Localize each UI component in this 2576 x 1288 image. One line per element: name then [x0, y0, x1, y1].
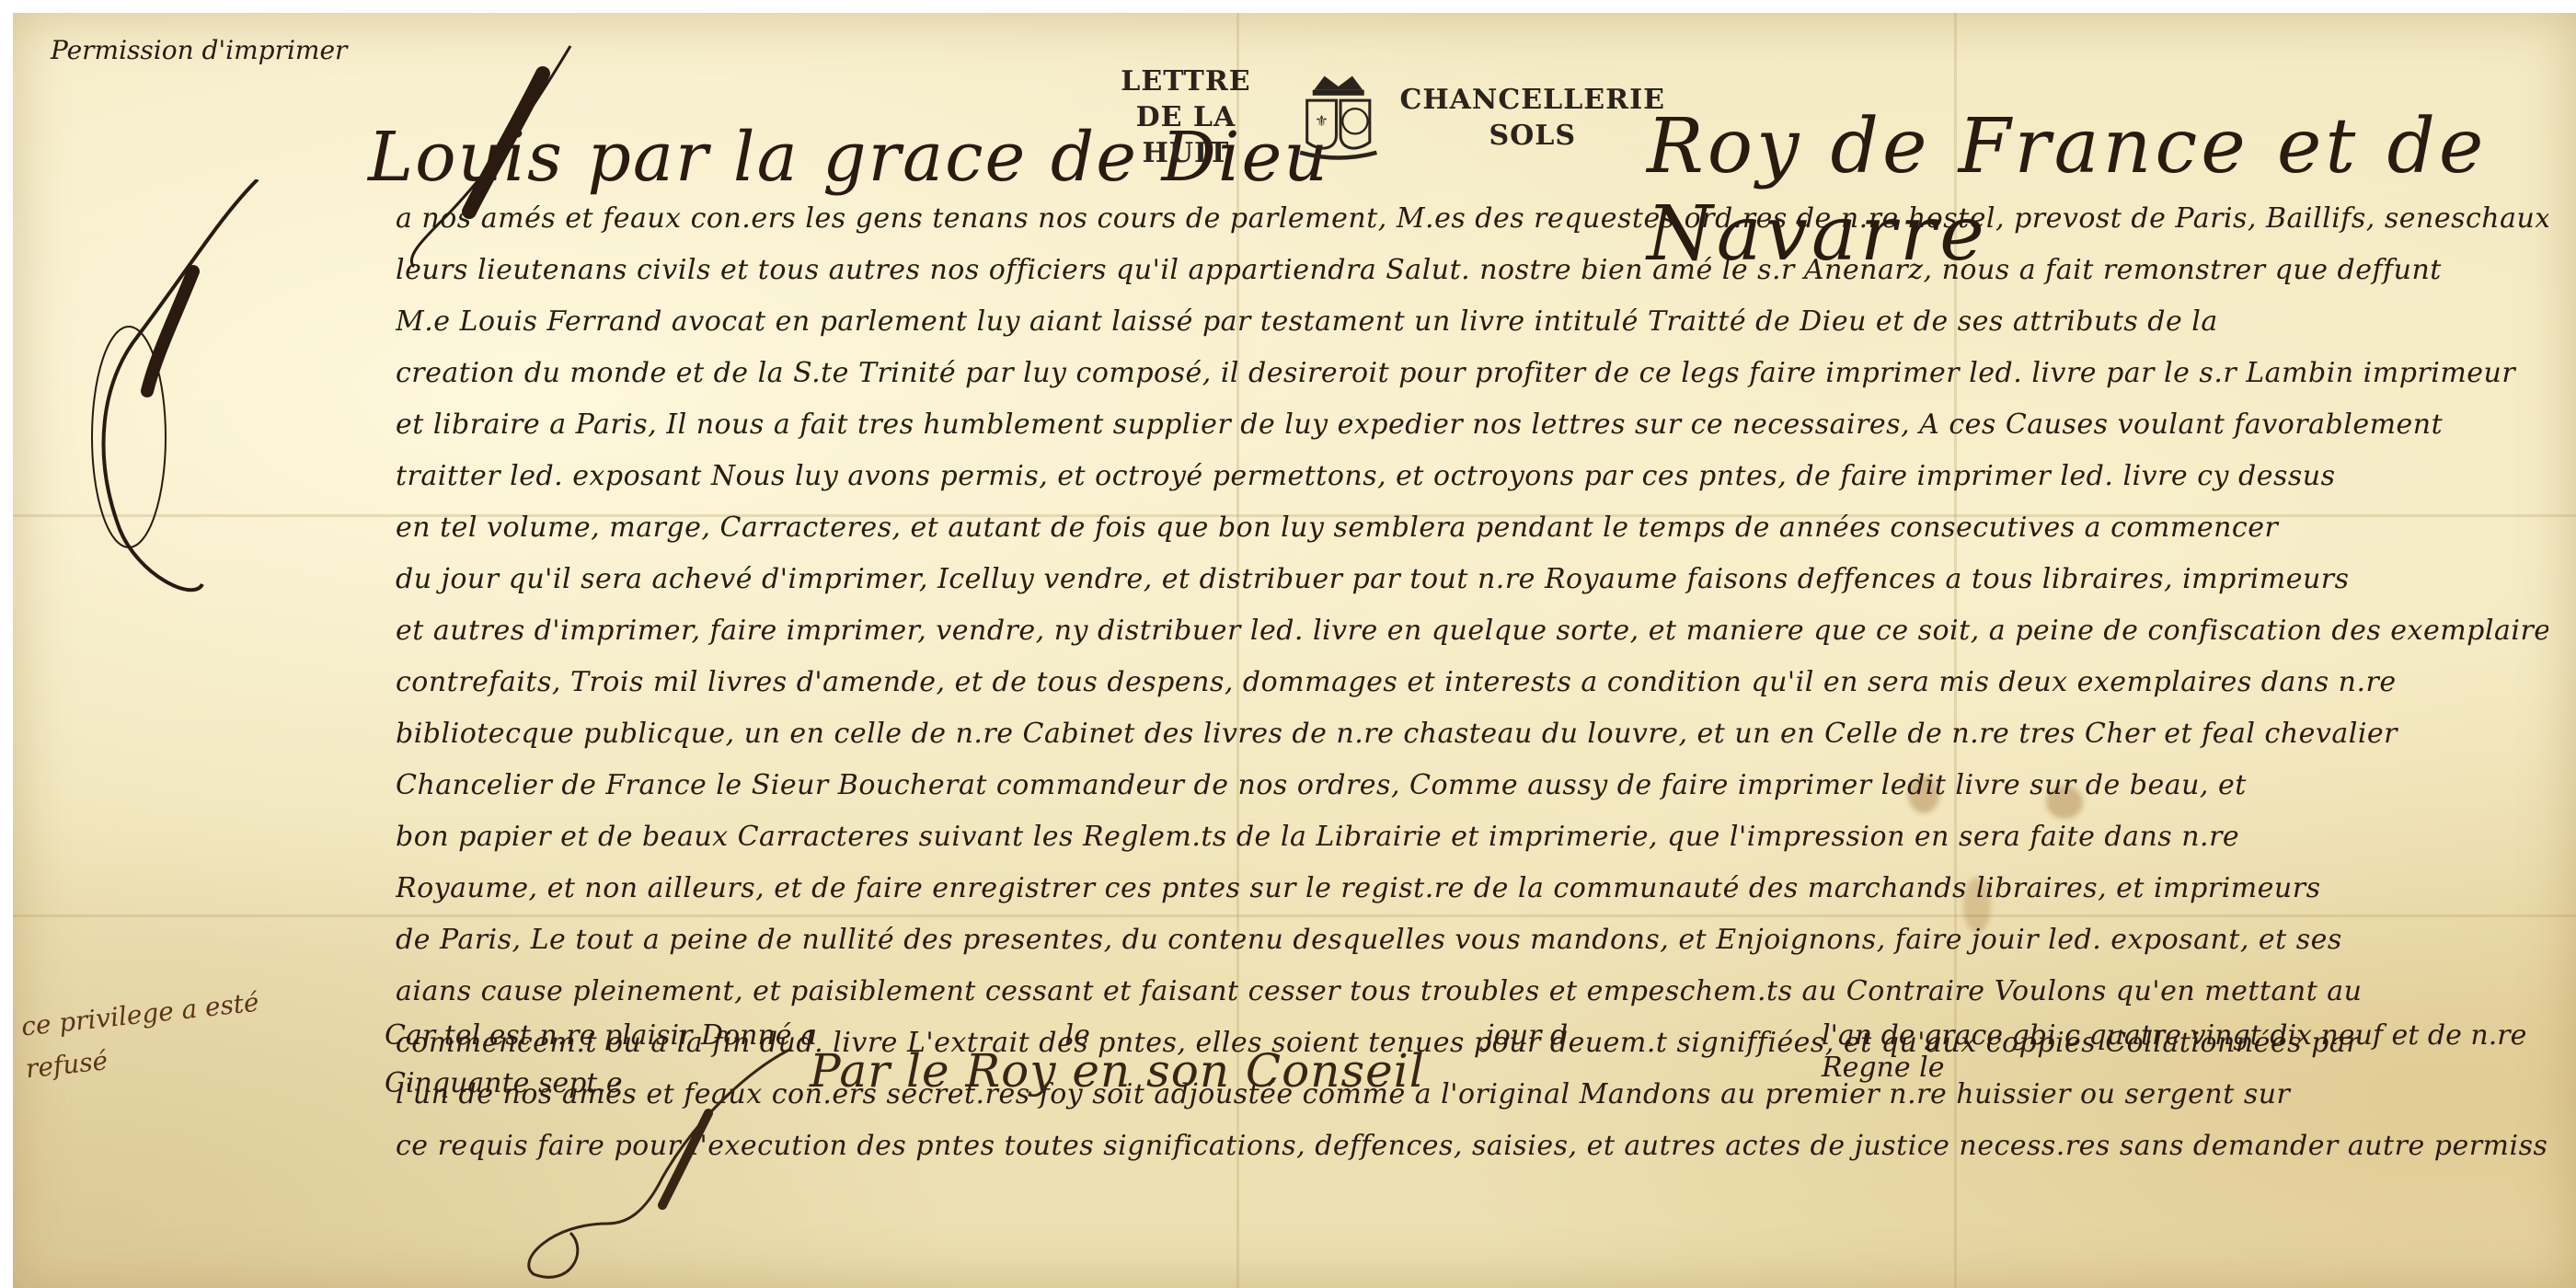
date-line-right: l'an de grace gbi c quatre vingt dix neu…	[1822, 1019, 2576, 1084]
body-line: M.e Louis Ferrand avocat en parlement lu…	[396, 296, 2548, 348]
body-line: contrefaits, Trois mil livres d'amende, …	[396, 657, 2548, 708]
stamp-line2-right: SOLS	[1399, 118, 1665, 154]
stamp-right-text: CHANCELLERIE SOLS	[1399, 82, 1665, 154]
margin-note-top: Permission d'imprimer	[51, 35, 347, 65]
body-line: Royaume, et non ailleurs, et de faire en…	[396, 863, 2548, 914]
stamp-left-text: LETTRE DE LA HUIT	[1095, 63, 1277, 171]
body-line: et autres d'imprimer, faire imprimer, ve…	[396, 605, 2548, 657]
body-line: Chancelier de France le Sieur Boucherat …	[396, 760, 2548, 811]
chancellery-stamp: LETTRE DE LA HUIT ⚜ CHANCELLERIE SOLS	[1095, 51, 1665, 184]
body-line: traitter led. exposant Nous luy avons pe…	[396, 451, 2548, 502]
date-jour: jour d	[1485, 1019, 1568, 1052]
body-line: leurs lieutenans civils et tous autres n…	[396, 245, 2548, 296]
body-line: a nos amés et feaux con.ers les gens ten…	[396, 193, 2548, 245]
body-line: aians cause pleinement, et paisiblement …	[396, 966, 2548, 1018]
royal-crest-icon: ⚜	[1286, 53, 1391, 182]
body-line: en tel volume, marge, Carracteres, et au…	[396, 502, 2548, 554]
stamp-line2-left: HUIT	[1095, 135, 1277, 171]
body-line: bon papier et de beaux Carracteres suiva…	[396, 811, 2548, 863]
body-line: et libraire a Paris, Il nous a fait tres…	[396, 399, 2548, 451]
signature-par-le-roy: Par le Roy en son Conseil	[810, 1044, 1425, 1098]
body-line: bibliotecque publicque, un en celle de n…	[396, 708, 2548, 760]
svg-text:⚜: ⚜	[1315, 112, 1328, 130]
body-line: creation du monde et de la S.te Trinité …	[396, 348, 2548, 399]
initial-flourish-icon	[83, 179, 267, 603]
body-line: de Paris, Le tout a peine de nullité des…	[396, 914, 2548, 966]
stamp-line1-right: CHANCELLERIE	[1399, 82, 1665, 118]
body-line: du jour qu'il sera achevé d'imprimer, Ic…	[396, 554, 2548, 605]
stamp-line1-left: LETTRE DE LA	[1095, 63, 1277, 135]
